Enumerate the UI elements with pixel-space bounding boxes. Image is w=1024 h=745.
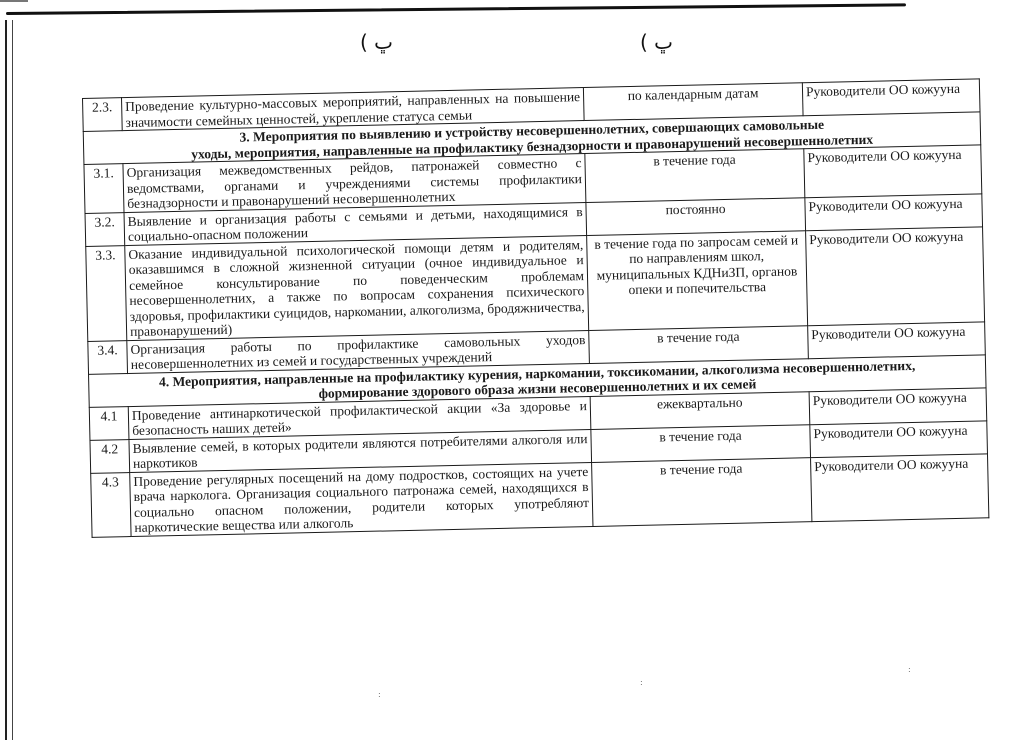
item-number: 3.1. — [84, 164, 124, 213]
item-timing: в течение года — [591, 424, 811, 462]
item-number: 2.3. — [83, 98, 123, 132]
item-responsible: Руководители ОО кожууна — [804, 145, 982, 197]
scan-speck: : — [640, 678, 643, 687]
item-number: 4.3 — [91, 472, 131, 537]
punch-hole-mark-right: ( ڀ — [640, 30, 673, 54]
item-responsible: Руководители ОО кожууна — [802, 79, 980, 116]
document-page: 2.3. Проведение культурно-массовых мероп… — [82, 79, 983, 538]
item-number: 4.1 — [89, 406, 129, 440]
item-responsible: Руководители ОО кожууна — [811, 453, 989, 521]
item-timing: в течение года — [585, 149, 805, 202]
item-responsible: Руководители ОО кожууна — [808, 321, 986, 358]
item-description: Оказание индивидуальной психологической … — [125, 235, 589, 340]
scan-left-edge-inner — [12, 20, 13, 740]
scan-speck: : — [908, 665, 911, 674]
item-timing: в течение года — [589, 325, 809, 363]
item-timing: по календарным датам — [583, 83, 803, 121]
scan-speck: : — [378, 690, 381, 699]
item-number: 3.2. — [85, 212, 125, 246]
action-plan-table: 2.3. Проведение культурно-массовых мероп… — [82, 78, 989, 537]
item-timing: в течение года — [592, 457, 812, 526]
item-timing: в течение года по запросам семей и по на… — [587, 230, 808, 330]
item-number: 4.2 — [90, 439, 130, 473]
scan-top-edge — [6, 3, 906, 15]
item-number: 3.3. — [86, 245, 127, 341]
item-timing: ежеквартально — [590, 391, 810, 429]
item-number: 3.4. — [88, 340, 128, 374]
item-responsible: Руководители ОО кожууна — [805, 193, 983, 230]
item-responsible: Руководители ОО кожууна — [810, 420, 988, 457]
item-timing: постоянно — [586, 197, 806, 235]
item-responsible: Руководители ОО кожууна — [806, 226, 985, 325]
item-responsible: Руководители ОО кожууна — [809, 387, 987, 424]
scan-artifact — [0, 0, 28, 2]
punch-hole-mark-left: ( ڀ — [360, 30, 393, 54]
item-description: Проведение регулярных посещений на дому … — [130, 462, 593, 536]
scan-left-edge — [5, 20, 7, 740]
